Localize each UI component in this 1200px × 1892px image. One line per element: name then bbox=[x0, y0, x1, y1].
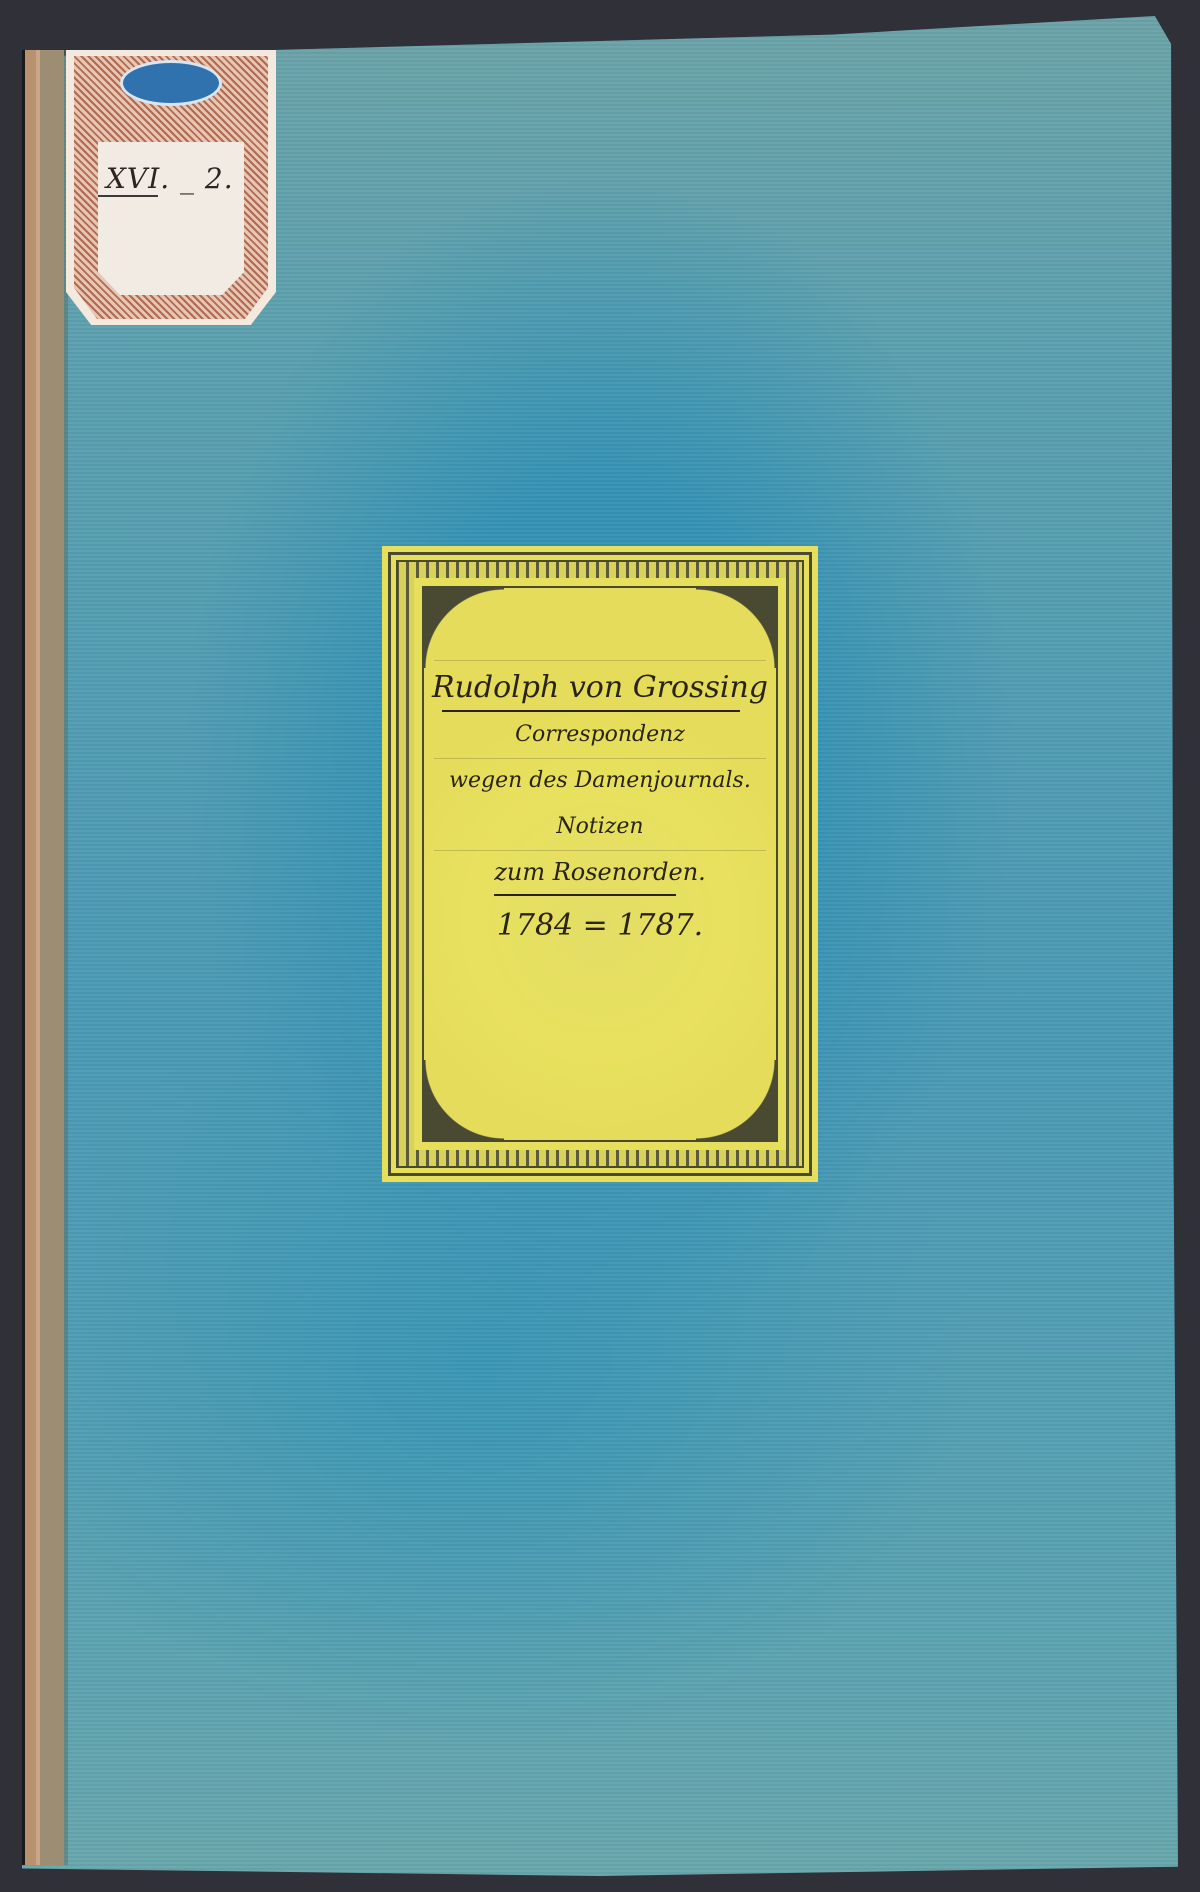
title-name-underline bbox=[442, 710, 740, 712]
title-name: Rudolph von Grossing bbox=[424, 670, 776, 705]
corner-ornament-icon bbox=[696, 588, 776, 668]
title-line-subject: wegen des Damenjournals. bbox=[424, 768, 776, 793]
ruled-line bbox=[434, 660, 766, 661]
spine-fold bbox=[64, 50, 68, 1865]
shelf-signature: XVI. _ 2. bbox=[106, 162, 234, 195]
title-date-range: 1784 = 1787. bbox=[424, 908, 776, 943]
title-label: Rudolph von Grossing Correspondenz wegen… bbox=[382, 546, 818, 1182]
corner-ornament-icon bbox=[424, 1060, 504, 1140]
title-line-notes: Notizen bbox=[424, 814, 776, 839]
title-line-order: zum Rosenorden. bbox=[424, 858, 776, 886]
title-line-correspondence: Correspondenz bbox=[424, 722, 776, 747]
shelf-mark-label: XVI. _ 2. bbox=[66, 50, 276, 325]
corner-ornament-icon bbox=[424, 588, 504, 668]
title-line-order-underline bbox=[494, 894, 676, 896]
title-label-field: Rudolph von Grossing Correspondenz wegen… bbox=[422, 586, 778, 1142]
shelf-label-blue-oval bbox=[120, 60, 222, 106]
folder-spine bbox=[22, 50, 64, 1865]
ruled-line bbox=[434, 758, 766, 759]
shelf-signature-underline bbox=[98, 195, 158, 197]
corner-ornament-icon bbox=[696, 1060, 776, 1140]
ruled-line bbox=[434, 850, 766, 851]
